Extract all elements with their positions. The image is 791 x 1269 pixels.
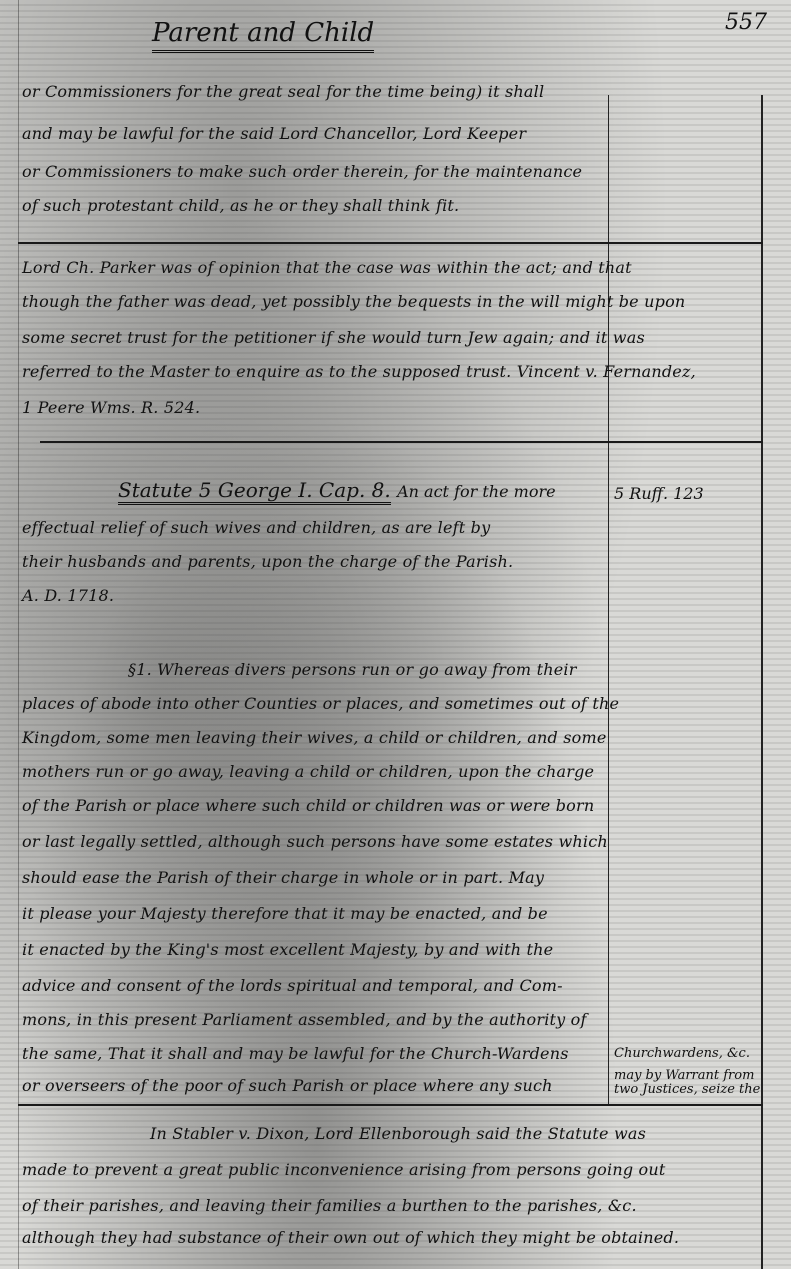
text-line: mons, in this present Parliament assembl… (22, 1010, 587, 1029)
text-line: §1. Whereas divers persons run or go awa… (128, 660, 577, 679)
text-line: places of abode into other Counties or p… (22, 694, 619, 713)
text-line: A. D. 1718. (22, 586, 114, 605)
text-line: some secret trust for the petitioner if … (22, 328, 645, 347)
text-line: it please your Majesty therefore that it… (22, 904, 548, 923)
margin-note: may by Warrant from (614, 1068, 754, 1083)
text-line: effectual relief of such wives and child… (22, 518, 490, 537)
text-line: 1 Peere Wms. R. 524. (22, 398, 200, 417)
text-line: of such protestant child, as he or they … (22, 196, 459, 215)
text-line: or last legally settled, although such p… (22, 832, 608, 851)
section-divider (18, 242, 763, 244)
text-line: of the Parish or place where such child … (22, 796, 594, 815)
text-line: although they had substance of their own… (22, 1228, 679, 1247)
margin-note: two Justices, seize the (614, 1082, 760, 1097)
left-edge-rule (18, 0, 19, 1269)
section-divider (18, 1104, 763, 1106)
section-divider (40, 441, 763, 443)
text-line: referred to the Master to enquire as to … (22, 362, 696, 381)
statute-title-continued: An act for the more (397, 482, 555, 501)
manuscript-page: Parent and Child 557 or Commissioners fo… (0, 0, 791, 1269)
page-title: Parent and Child (152, 18, 374, 53)
text-line: Lord Ch. Parker was of opinion that the … (22, 258, 632, 277)
text-line: should ease the Parish of their charge i… (22, 868, 544, 887)
margin-reference: 5 Ruff. 123 (614, 484, 704, 503)
text-line: it enacted by the King's most excellent … (22, 940, 553, 959)
statute-title: Statute 5 George I. Cap. 8. (118, 478, 391, 505)
margin-note: Churchwardens, &c. (614, 1046, 750, 1061)
text-line: In Stabler v. Dixon, Lord Ellenborough s… (150, 1124, 646, 1143)
page-number: 557 (725, 10, 767, 35)
text-line: and may be lawful for the said Lord Chan… (22, 124, 526, 143)
text-line: advice and consent of the lords spiritua… (22, 976, 563, 995)
statute-heading: Statute 5 George I. Cap. 8. An act for t… (118, 478, 556, 502)
text-line: the same, That it shall and may be lawfu… (22, 1044, 569, 1063)
text-line: or Commissioners for the great seal for … (22, 82, 544, 101)
text-line: or Commissioners to make such order ther… (22, 162, 582, 181)
text-line: Kingdom, some men leaving their wives, a… (22, 728, 607, 747)
outer-edge-rule (761, 95, 763, 1269)
text-line: their husbands and parents, upon the cha… (22, 552, 513, 571)
text-line: made to prevent a great public inconveni… (22, 1160, 666, 1179)
text-line: of their parishes, and leaving their fam… (22, 1196, 637, 1215)
text-line: or overseers of the poor of such Parish … (22, 1076, 553, 1095)
text-line: though the father was dead, yet possibly… (22, 292, 685, 311)
text-line: mothers run or go away, leaving a child … (22, 762, 594, 781)
margin-column-rule (608, 95, 609, 1105)
